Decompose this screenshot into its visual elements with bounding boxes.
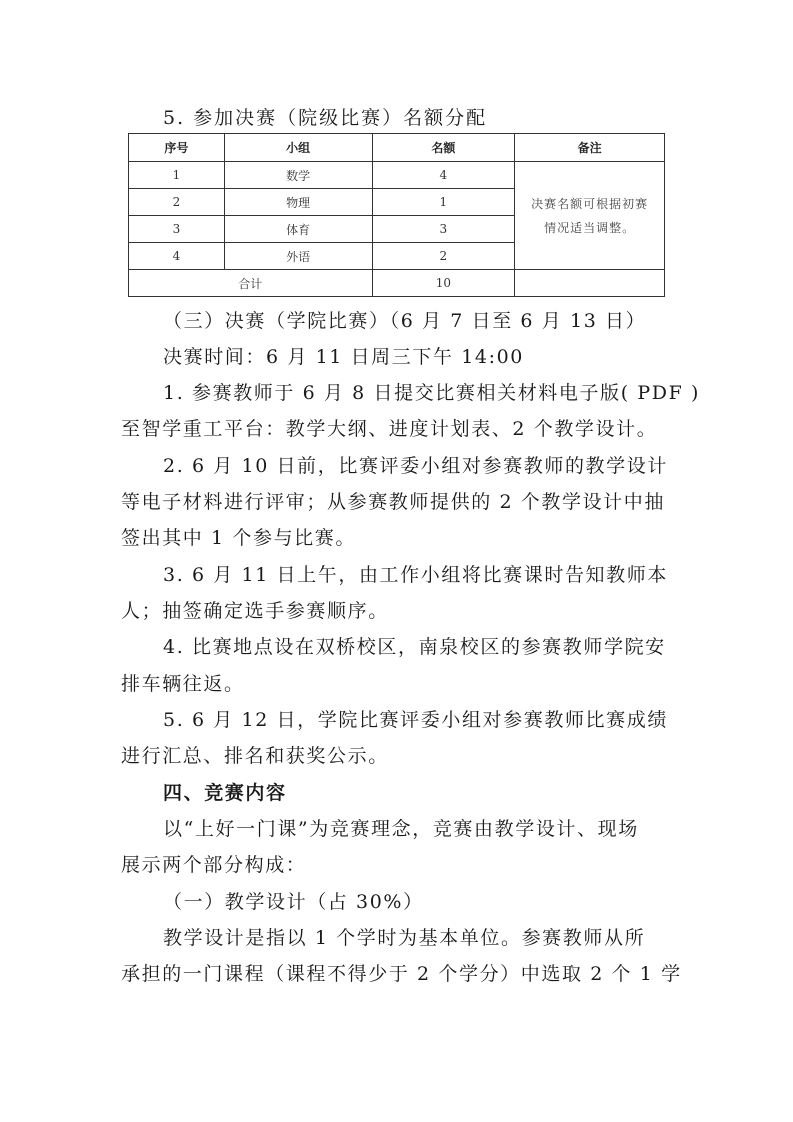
note-line-2: 情况适当调整。 — [515, 216, 664, 240]
cell-no: 4 — [129, 243, 225, 270]
item-5-line-1: 5. 6 月 12 日，学院比赛评委小组对参赛教师比赛成绩 — [163, 708, 715, 732]
cell-group: 外语 — [224, 243, 372, 270]
item-1-line-1: 1. 参赛教师于 6 月 8 日提交比赛相关材料电子版( PDF ) — [163, 381, 715, 405]
sub-1-para-line-1: 教学设计是指以 1 个学时为基本单位。参赛教师从所 — [163, 926, 715, 950]
item-4-line-2: 排车辆往返。 — [121, 672, 673, 696]
header-group: 小组 — [224, 134, 372, 162]
item-1-line-2: 至智学重工平台：教学大纲、进度计划表、2 个教学设计。 — [121, 417, 673, 441]
cell-quota: 2 — [372, 243, 515, 270]
document-page: 5. 参加决赛（院级比赛）名额分配 序号 小组 名额 备注 1 数学 4 决赛名… — [0, 0, 793, 1122]
total-label: 合计 — [129, 270, 373, 297]
item-5-line-2: 进行汇总、排名和获奖公示。 — [121, 744, 673, 768]
sub-1-heading: （一）教学设计（占 30%） — [163, 890, 715, 914]
item-3-line-1: 3. 6 月 11 日上午，由工作小组将比赛课时告知教师本 — [163, 563, 715, 587]
item-3-line-2: 人；抽签确定选手参赛顺序。 — [121, 599, 673, 623]
header-note: 备注 — [515, 134, 665, 162]
header-no: 序号 — [129, 134, 225, 162]
item-2-line-1: 2. 6 月 10 日前，比赛评委小组对参赛教师的教学设计 — [163, 454, 715, 478]
table-header-row: 序号 小组 名额 备注 — [129, 134, 665, 162]
cell-no: 1 — [129, 162, 225, 189]
item-4-line-1: 4. 比赛地点设在双桥校区，南泉校区的参赛教师学院安 — [163, 635, 715, 659]
final-time: 决赛时间：6 月 11 日周三下午 14:00 — [163, 345, 715, 369]
cell-group: 物理 — [224, 189, 372, 216]
total-note — [515, 270, 665, 297]
quota-table: 序号 小组 名额 备注 1 数学 4 决赛名额可根据初赛 情况适当调整。 2 物… — [128, 133, 665, 297]
sub-1-para-line-2: 承担的一门课程（课程不得少于 2 个学分）中选取 2 个 1 学 — [121, 962, 673, 986]
note-line-1: 决赛名额可根据初赛 — [515, 192, 664, 216]
section-title: 5. 参加决赛（院级比赛）名额分配 — [163, 106, 715, 130]
cell-quota: 4 — [372, 162, 515, 189]
section-4-para-line-2: 展示两个部分构成： — [121, 853, 673, 877]
section-4-para-line-1: 以“上好一门课”为竞赛理念，竞赛由教学设计、现场 — [163, 817, 715, 841]
cell-group: 数学 — [224, 162, 372, 189]
item-2-line-2: 等电子材料进行评审；从参赛教师提供的 2 个教学设计中抽 — [121, 490, 673, 514]
cell-group: 体育 — [224, 216, 372, 243]
total-value: 10 — [372, 270, 515, 297]
cell-quota: 1 — [372, 189, 515, 216]
cell-note: 决赛名额可根据初赛 情况适当调整。 — [515, 162, 665, 270]
header-quota: 名额 — [372, 134, 515, 162]
cell-no: 3 — [129, 216, 225, 243]
cell-no: 2 — [129, 189, 225, 216]
section-4-heading: 四、竞赛内容 — [163, 781, 715, 805]
final-heading: （三）决赛（学院比赛）（6 月 7 日至 6 月 13 日） — [163, 309, 715, 333]
item-2-line-3: 签出其中 1 个参与比赛。 — [121, 526, 673, 550]
table-total-row: 合计 10 — [129, 270, 665, 297]
table-row: 1 数学 4 决赛名额可根据初赛 情况适当调整。 — [129, 162, 665, 189]
cell-quota: 3 — [372, 216, 515, 243]
